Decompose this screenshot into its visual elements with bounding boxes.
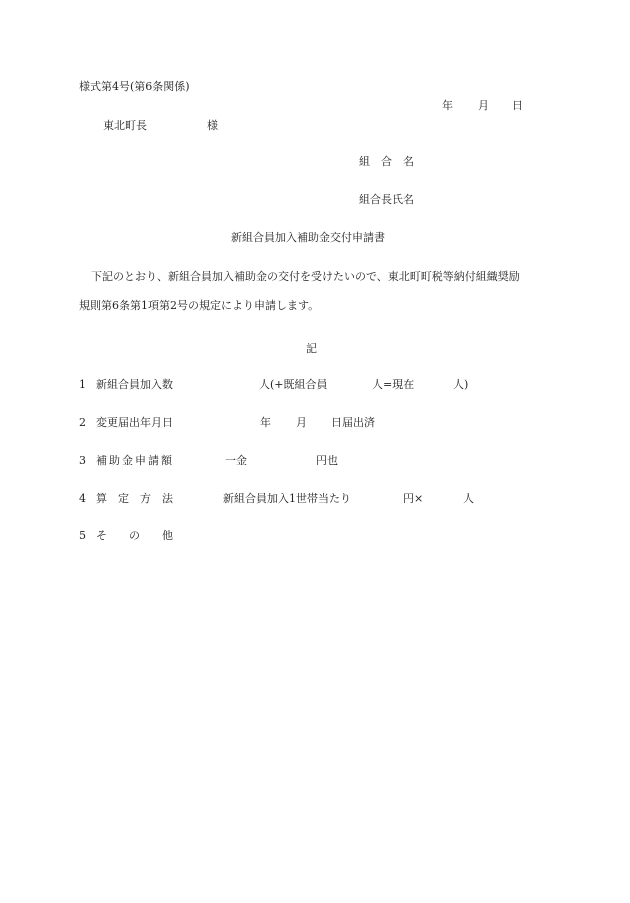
union-name-label: 組 合 名 xyxy=(359,155,414,169)
item-part: 新組合員加入1世帯当たり xyxy=(223,492,351,506)
item-part: 一金 xyxy=(225,454,247,468)
item-label: そ の 他 xyxy=(96,529,173,543)
addressee-name: 東北町長 xyxy=(103,119,147,133)
date-day-label: 日 xyxy=(512,99,523,113)
body-line-1: 下記のとおり、新組合員加入補助金の交付を受けたいので、東北町町税等納付組織奨励 xyxy=(91,270,520,284)
document-title: 新組合員加入補助金交付申請書 xyxy=(231,231,385,245)
form-number: 様式第4号(第6条関係) xyxy=(79,80,190,94)
item-label: 新組合員加入数 xyxy=(96,378,173,392)
item-part: 円× xyxy=(403,492,423,506)
addressee-honorific: 様 xyxy=(207,119,218,133)
date-year-label: 年 xyxy=(442,99,453,113)
item-number: 2 xyxy=(79,416,86,430)
item-part: 日届出済 xyxy=(331,416,375,430)
item-part: 人) xyxy=(453,378,468,392)
item-part: 年 xyxy=(260,416,271,430)
item-number: 5 xyxy=(79,529,86,543)
item-part: 月 xyxy=(296,416,307,430)
item-part: 円也 xyxy=(316,454,338,468)
item-number: 1 xyxy=(79,378,86,392)
item-label: 変更届出年月日 xyxy=(96,416,173,430)
item-part: 人(+既組合員 xyxy=(259,378,328,392)
item-label: 補助金申請額 xyxy=(96,454,174,468)
item-number: 4 xyxy=(79,492,86,506)
union-head-label: 組合長氏名 xyxy=(359,193,414,207)
item-part: 人=現在 xyxy=(372,378,414,392)
item-number: 3 xyxy=(79,454,86,468)
body-line-2: 規則第6条第1項第2号の規定により申請します。 xyxy=(79,299,319,313)
ki-heading: 記 xyxy=(306,342,317,356)
date-month-label: 月 xyxy=(478,99,489,113)
item-label: 算 定 方 法 xyxy=(96,492,173,506)
item-part: 人 xyxy=(463,492,474,506)
